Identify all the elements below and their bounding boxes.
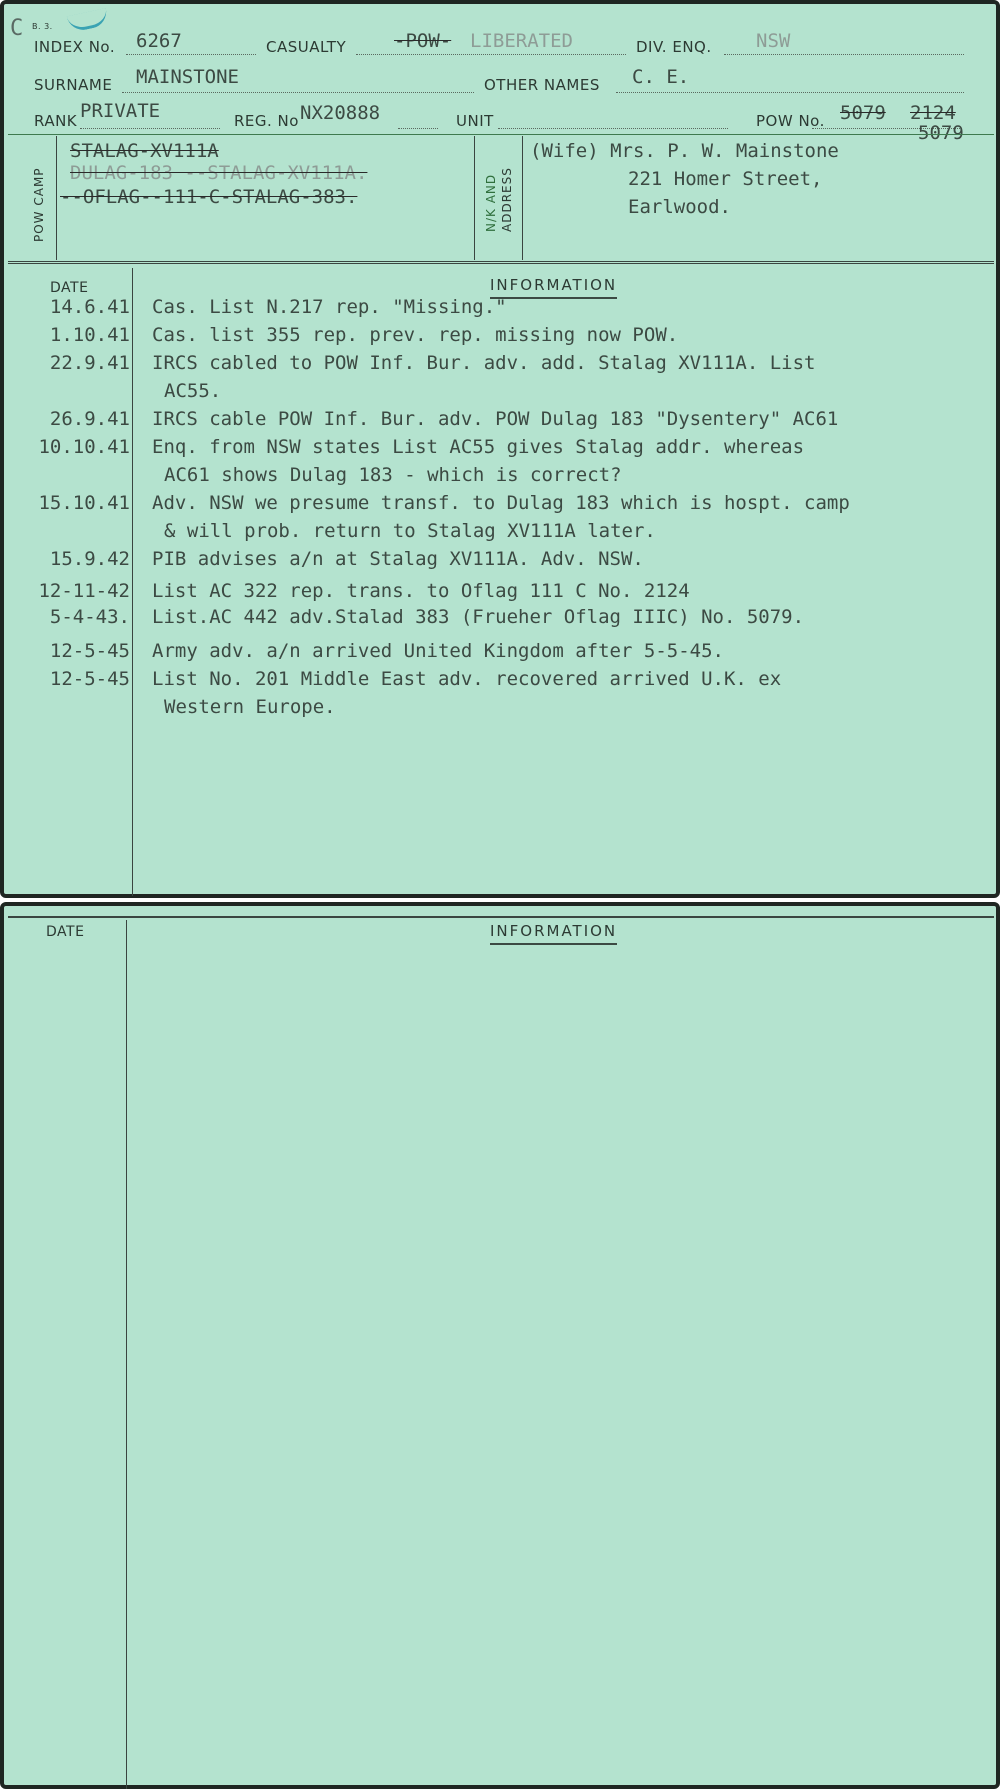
unit-label: UNIT [456, 112, 494, 130]
nk-address-line-3: Earlwood. [628, 196, 731, 218]
pow-no-struck-2: 2124 [910, 102, 956, 124]
entry-text: Western Europe. [164, 696, 336, 718]
casualty-label: CASUALTY [266, 38, 346, 56]
entry-text: AC61 shows Dulag 183 - which is correct? [164, 464, 622, 486]
pen-mark-icon [67, 8, 110, 33]
entry-date: 1.10.41 [12, 324, 130, 346]
casualty-value: LIBERATED [470, 30, 573, 52]
pow-camp-line-1: STALAG-XV111A [70, 140, 219, 162]
back-information-header: INFORMATION [490, 922, 617, 945]
index-value: 6267 [136, 30, 182, 52]
div-enq-label: DIV. ENQ. [636, 38, 712, 56]
entry-date: 12-5-45 [12, 668, 130, 690]
date-header: DATE [50, 280, 88, 296]
entry-text: List No. 201 Middle East adv. recovered … [152, 668, 781, 690]
entry-text: PIB advises a/n at Stalag XV111A. Adv. N… [152, 548, 644, 570]
form-code: B. 3. [32, 22, 53, 31]
entry-text: Cas. list 355 rep. prev. rep. missing no… [152, 324, 678, 346]
rank-value: PRIVATE [80, 100, 160, 122]
entry-text: List AC 322 rep. trans. to Oflag 111 C N… [152, 580, 690, 602]
pow-camp-line-3: --OFLAG--111-C-STALAG-383. [60, 186, 357, 208]
card-front: B. 3. C INDEX No. 6267 CASUALTY -POW- LI… [0, 0, 1000, 898]
pow-no-value: 5079 [918, 122, 964, 144]
entry-date: 15.10.41 [12, 492, 130, 514]
nk-label-line2: ADDRESS [500, 167, 514, 232]
div-enq-value: NSW [756, 30, 790, 52]
entry-text: IRCS cable POW Inf. Bur. adv. POW Dulag … [152, 408, 838, 430]
entry-text: Enq. from NSW states List AC55 gives Sta… [152, 436, 804, 458]
index-label: INDEX No. [34, 38, 115, 56]
entry-date: 10.10.41 [12, 436, 130, 458]
entry-date: 12-11-42 [12, 580, 130, 602]
information-header: INFORMATION [490, 276, 617, 299]
surname-label: SURNAME [34, 76, 112, 94]
pow-no-struck-1: 5079 [840, 102, 886, 124]
rank-label: RANK [34, 112, 77, 130]
entry-text: List.AC 442 adv.Stalad 383 (Frueher Ofla… [152, 606, 804, 628]
pow-camp-line-2: DULAG-183 --STALAG-XV111A. [70, 162, 367, 184]
nk-address-line-1: (Wife) Mrs. P. W. Mainstone [530, 140, 839, 162]
corner-mark: C [10, 16, 23, 41]
entry-text: Army adv. a/n arrived United Kingdom aft… [152, 640, 724, 662]
entry-text: Cas. List N.217 rep. "Missing." [152, 296, 507, 318]
pow-camp-label: POW CAMP [32, 167, 46, 242]
entry-date: 5-4-43. [12, 606, 130, 628]
entry-text: AC55. [164, 380, 221, 402]
entry-text: IRCS cabled to POW Inf. Bur. adv. add. S… [152, 352, 815, 374]
entry-text: Adv. NSW we presume transf. to Dulag 183… [152, 492, 850, 514]
casualty-struck: -POW- [394, 30, 451, 52]
entry-date: 22.9.41 [12, 352, 130, 374]
card-back: DATE INFORMATION [0, 902, 1000, 1789]
reg-no-value: NX20888 [300, 102, 380, 124]
nk-address-line-2: 221 Homer Street, [628, 168, 822, 190]
surname-value: MAINSTONE [136, 66, 239, 88]
entry-date: 14.6.41 [12, 296, 130, 318]
other-names-value: C. E. [632, 66, 689, 88]
nk-label-line1: N/K AND [484, 174, 498, 232]
entry-date: 26.9.41 [12, 408, 130, 430]
entry-text: & will prob. return to Stalag XV111A lat… [164, 520, 656, 542]
other-names-label: OTHER NAMES [484, 76, 600, 94]
reg-no-label: REG. No [234, 112, 299, 130]
back-date-header: DATE [46, 924, 84, 940]
entry-date: 12-5-45 [12, 640, 130, 662]
entry-date: 15.9.42 [12, 548, 130, 570]
